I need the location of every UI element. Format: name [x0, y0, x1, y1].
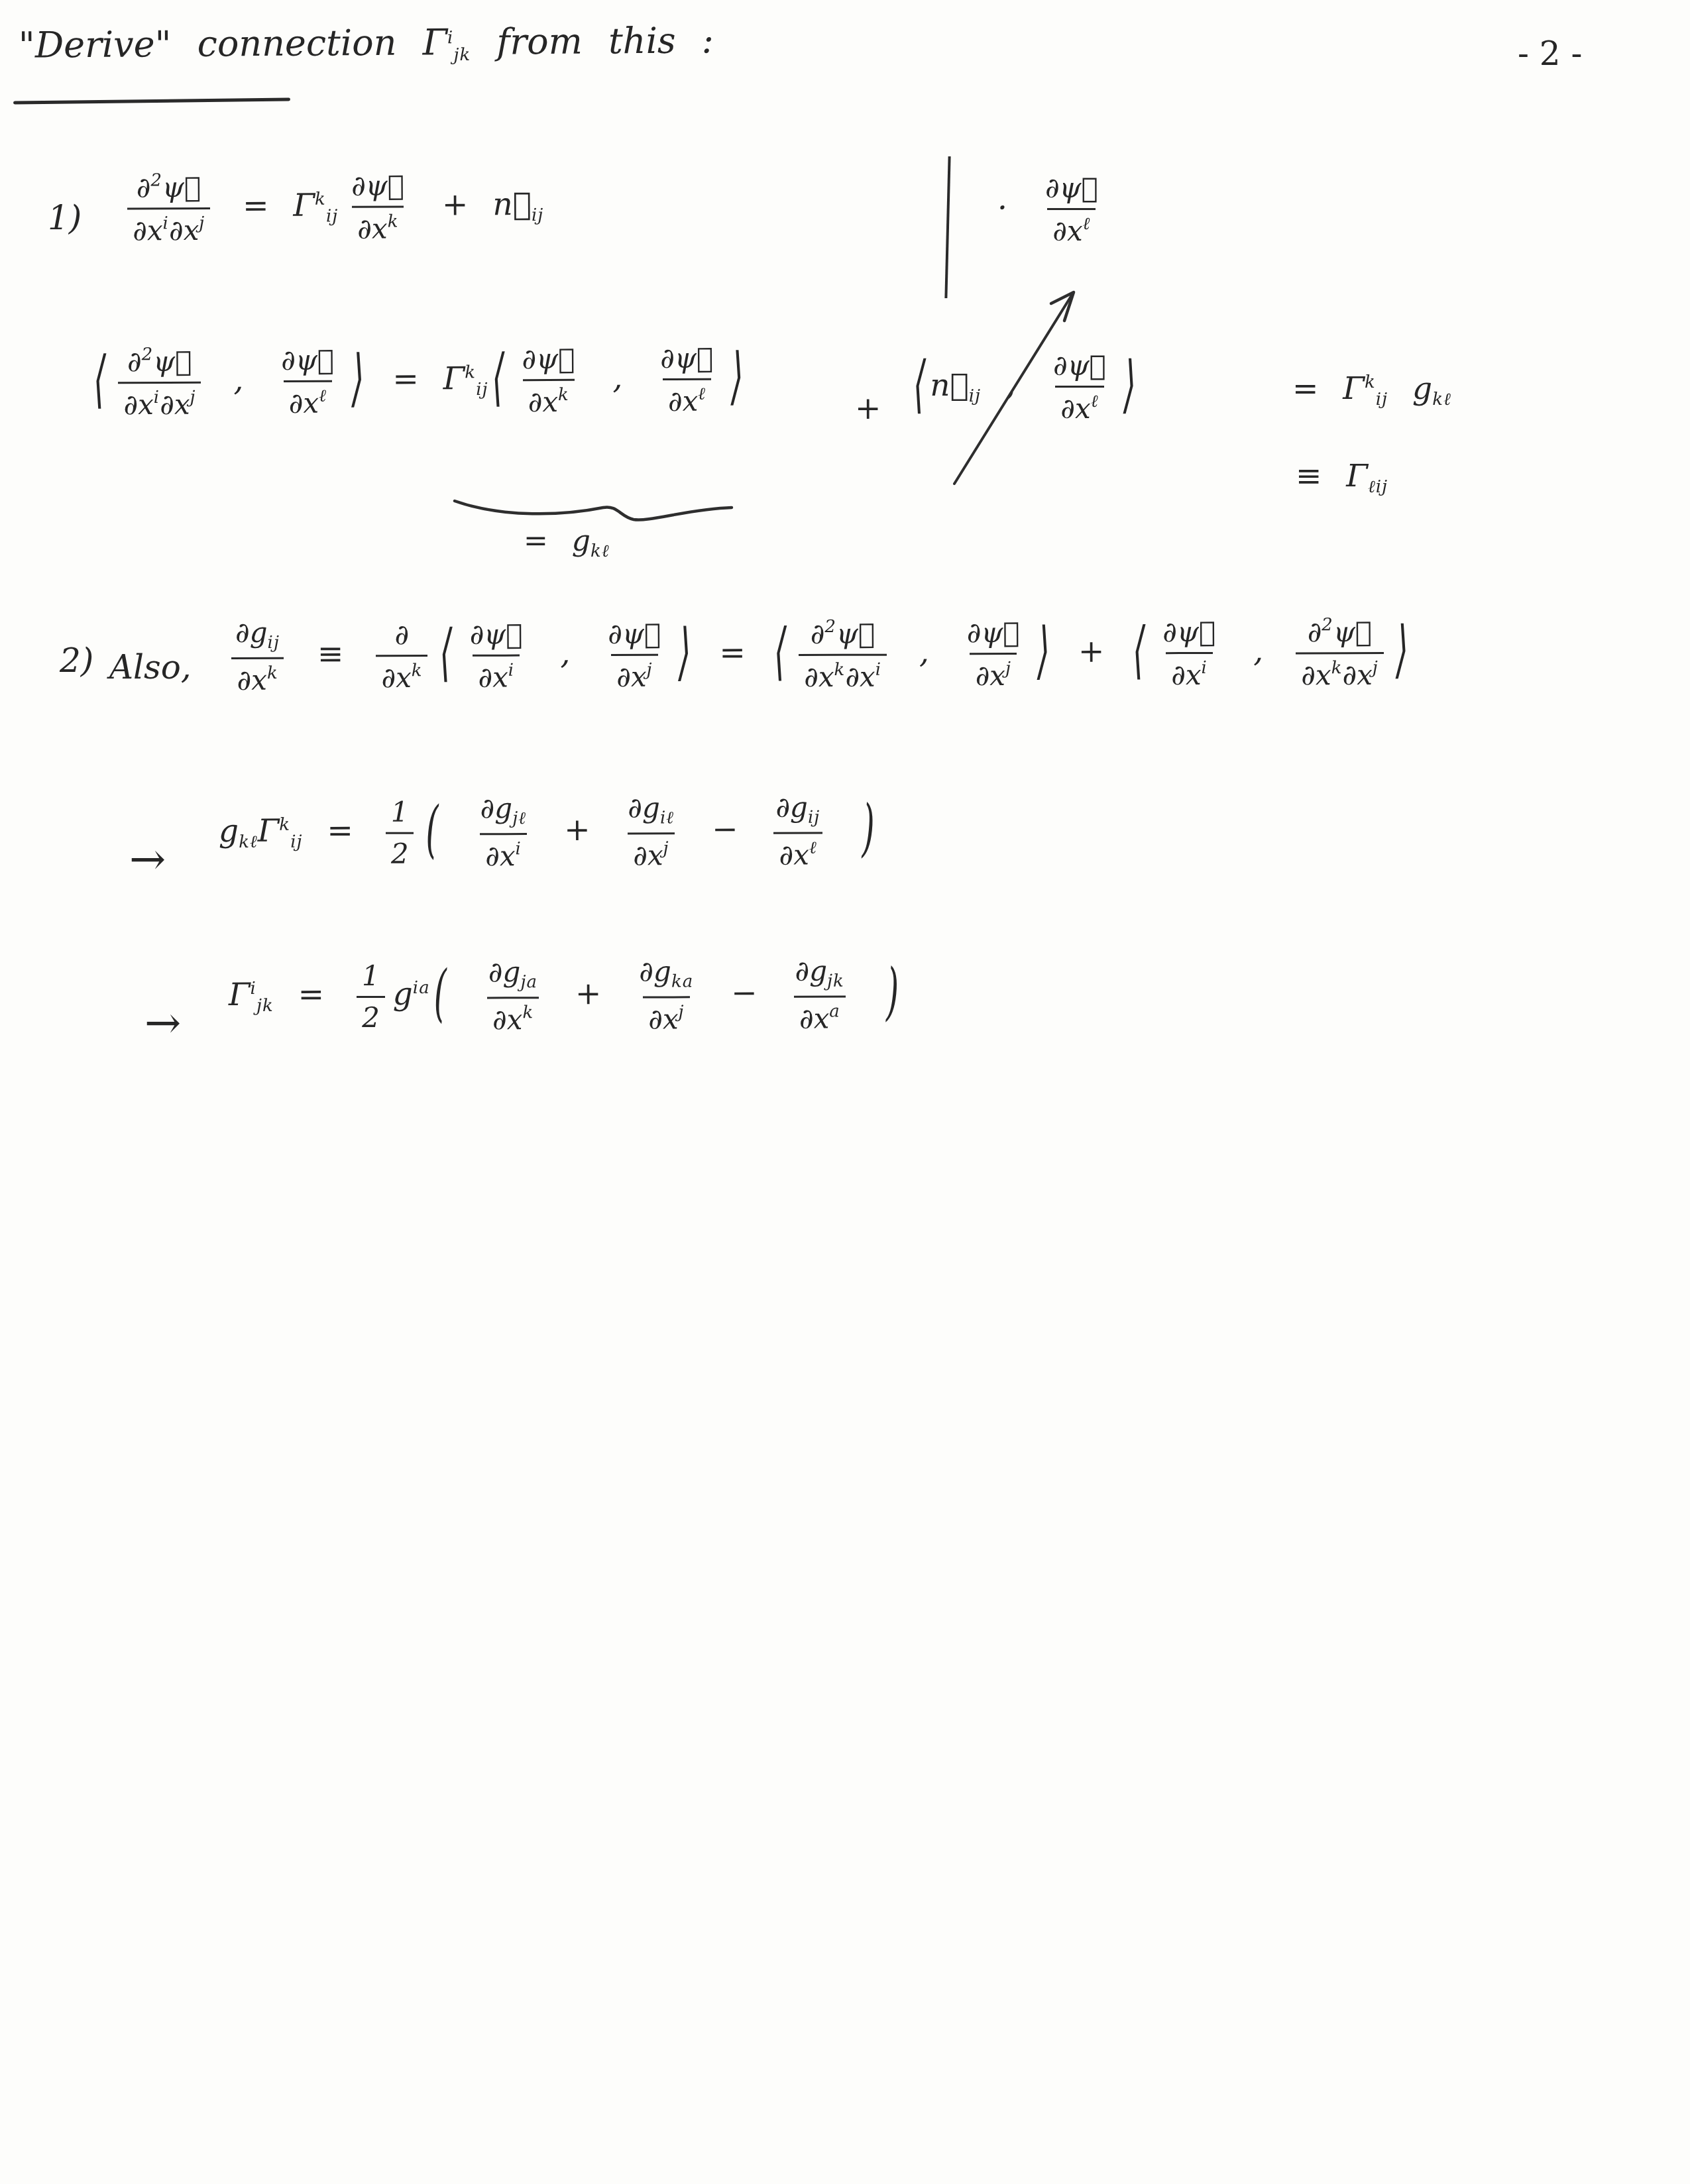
cancel-arrow-icon	[921, 277, 1094, 496]
eq5-formula: Γijk = 12gia( ∂gja∂xk + ∂gka∂xj − ∂gjk∂x…	[229, 956, 903, 1036]
title-underline	[13, 97, 290, 104]
eq2-equivalence: ≡ Γℓij	[1296, 459, 1388, 498]
underbrace	[451, 492, 736, 526]
eq3-intro-word: Also,	[109, 648, 192, 686]
implies-arrow: →	[129, 834, 166, 885]
implies-arrow-2: →	[144, 997, 181, 1048]
eq3-label: 2)	[60, 641, 93, 680]
underbrace-label: = gkℓ	[524, 525, 610, 562]
eq1-multiplier: · ∂ψ⃗∂xℓ	[997, 174, 1111, 246]
notebook-page: "Derive" connection Γijk from this : - 2…	[0, 0, 1690, 2184]
page-title: "Derive" connection Γijk from this :	[19, 20, 714, 68]
eq4-formula: gkℓΓkij = 12( ∂gjℓ∂xi + ∂giℓ∂xj − ∂gij∂x…	[219, 792, 879, 872]
eq2-formula-left: ⟨∂2ψ⃗∂xi∂xj , ∂ψ⃗∂xℓ⟩ = Γkij⟨∂ψ⃗∂xk , ∂ψ…	[89, 343, 748, 419]
eq1-formula: ∂2ψ⃗∂xi∂xj = Γkij∂ψ⃗∂xk + n⃗ij	[119, 170, 544, 245]
eq2-plus: +	[855, 391, 881, 427]
eq2-result: = Γkij gkℓ	[1292, 371, 1451, 410]
eq3-formula: ∂gij∂xk ≡ ∂∂xk⟨∂ψ⃗∂xi , ∂ψ⃗∂xj⟩ = ⟨∂2ψ⃗∂…	[222, 614, 1412, 696]
page-number: - 2 -	[1518, 34, 1582, 73]
eq1-label: 1)	[48, 199, 82, 237]
